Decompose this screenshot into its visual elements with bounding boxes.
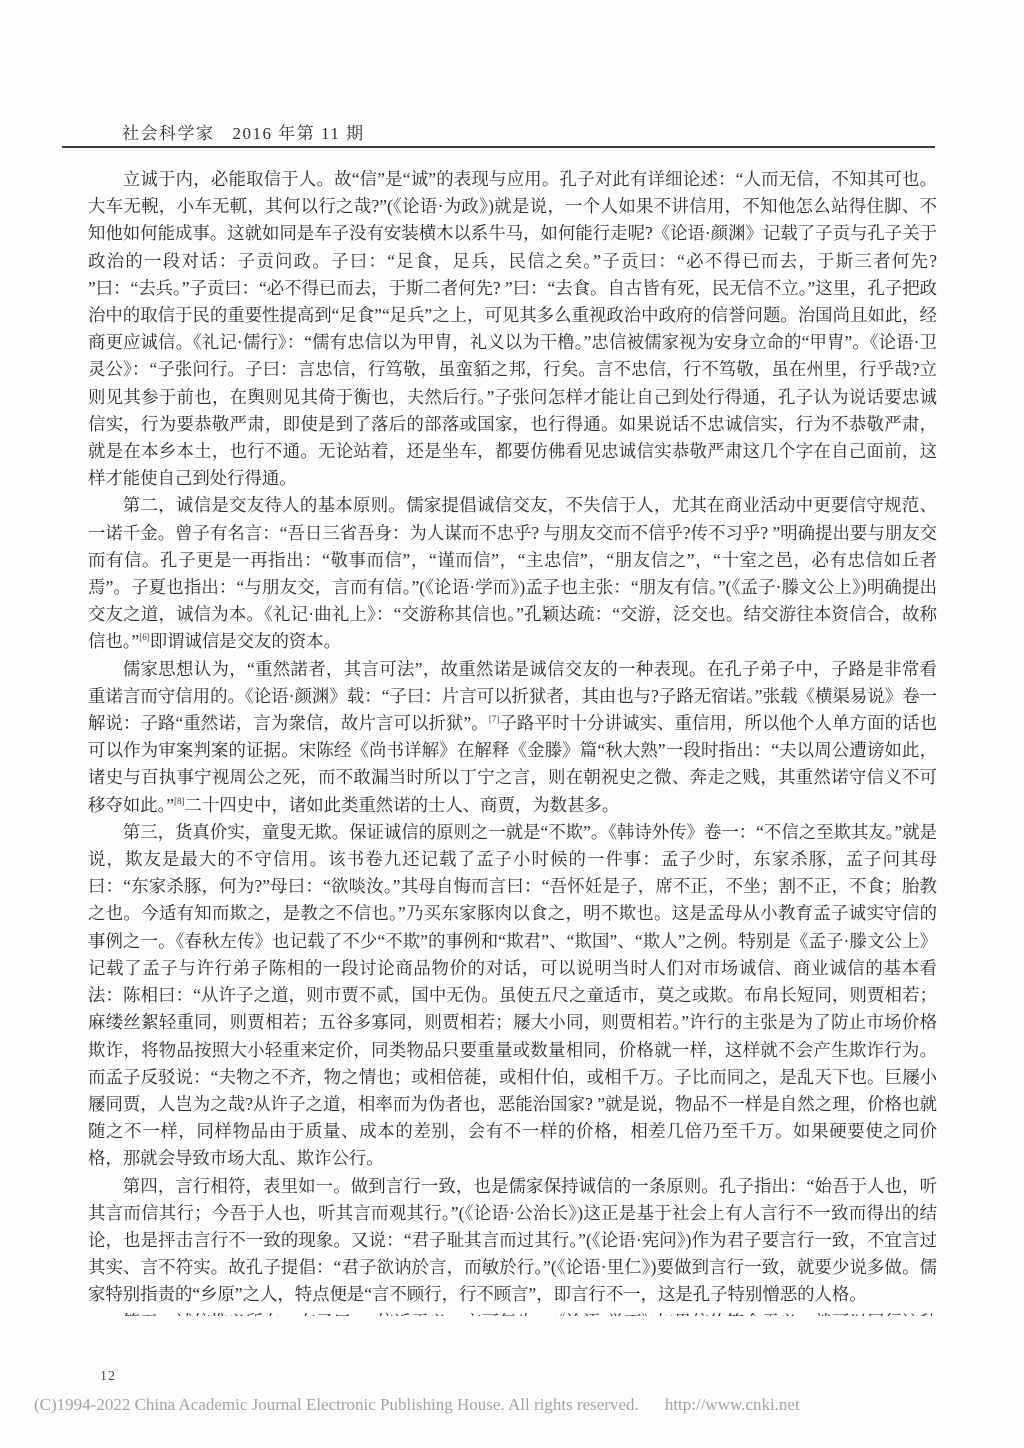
paragraph-text: 即谓诚信是交友的资本。 bbox=[150, 631, 341, 651]
footer-copyright: (C)1994-2022 China Academic Journal Elec… bbox=[34, 1395, 800, 1415]
paragraph: 第四，言行相符，表里如一。做到言行一致，也是儒家保持诚信的一条原则。孔子指出：“… bbox=[88, 1173, 937, 1309]
paragraph: 儒家思想认为，“重然諾者，其言可法”，故重然诺是诚信交友的一种表现。在孔子弟子中… bbox=[88, 656, 937, 819]
cnki-url[interactable]: http://www.cnki.net bbox=[665, 1395, 800, 1414]
citation-ref: [8] bbox=[174, 796, 185, 806]
paragraph: 第三，货真价实，童叟无欺。保证诚信的原则之一就是“不欺”。《韩诗外传》卷一：“不… bbox=[88, 819, 937, 1173]
paragraph: 第五，诚信惟义所在。有子曰：“信近于义，言可复也。”(《论语·学而》)如果信约符… bbox=[88, 1309, 937, 1316]
page-header: 社会科学家2016 年第 11 期 bbox=[122, 119, 365, 144]
paragraph-text: 第三，货真价实，童叟无欺。保证诚信的原则之一就是“不欺”。《韩诗外传》卷一：“不… bbox=[88, 822, 937, 1168]
copyright-text: (C)1994-2022 China Academic Journal Elec… bbox=[34, 1395, 639, 1414]
paragraph-text: 第四，言行相符，表里如一。做到言行一致，也是儒家保持诚信的一条原则。孔子指出：“… bbox=[88, 1176, 937, 1305]
article-body: 立诚于内，必能取信于人。故“信”是“诚”的表现与应用。孔子对此有详细论述：“人而… bbox=[88, 166, 937, 1316]
paragraph: 第二，诚信是交友待人的基本原则。儒家提倡诚信交友，不失信于人，尤其在商业活动中更… bbox=[88, 492, 937, 655]
page-number: 12 bbox=[100, 1369, 116, 1385]
issue-label: 2016 年第 11 期 bbox=[233, 124, 365, 143]
header-rule bbox=[62, 146, 935, 148]
citation-ref: [7] bbox=[489, 714, 500, 724]
journal-title: 社会科学家 bbox=[122, 124, 215, 143]
paragraph: 立诚于内，必能取信于人。故“信”是“诚”的表现与应用。孔子对此有详细论述：“人而… bbox=[88, 166, 937, 492]
journal-page: 社会科学家2016 年第 11 期 立诚于内，必能取信于人。故“信”是“诚”的表… bbox=[0, 0, 1024, 1448]
paragraph-text: 第五，诚信惟义所在。有子曰：“信近于义，言可复也。”(《论语·学而》)如果信约符… bbox=[88, 1312, 937, 1316]
citation-ref: [6] bbox=[139, 633, 150, 643]
paragraph-text: 立诚于内，必能取信于人。故“信”是“诚”的表现与应用。孔子对此有详细论述：“人而… bbox=[88, 169, 937, 488]
paragraph-text: 第二，诚信是交友待人的基本原则。儒家提倡诚信交友，不失信于人，尤其在商业活动中更… bbox=[88, 495, 937, 651]
paragraph-text: 二十四史中，诸如此类重然诺的士人、商贾，为数甚多。 bbox=[184, 795, 619, 815]
